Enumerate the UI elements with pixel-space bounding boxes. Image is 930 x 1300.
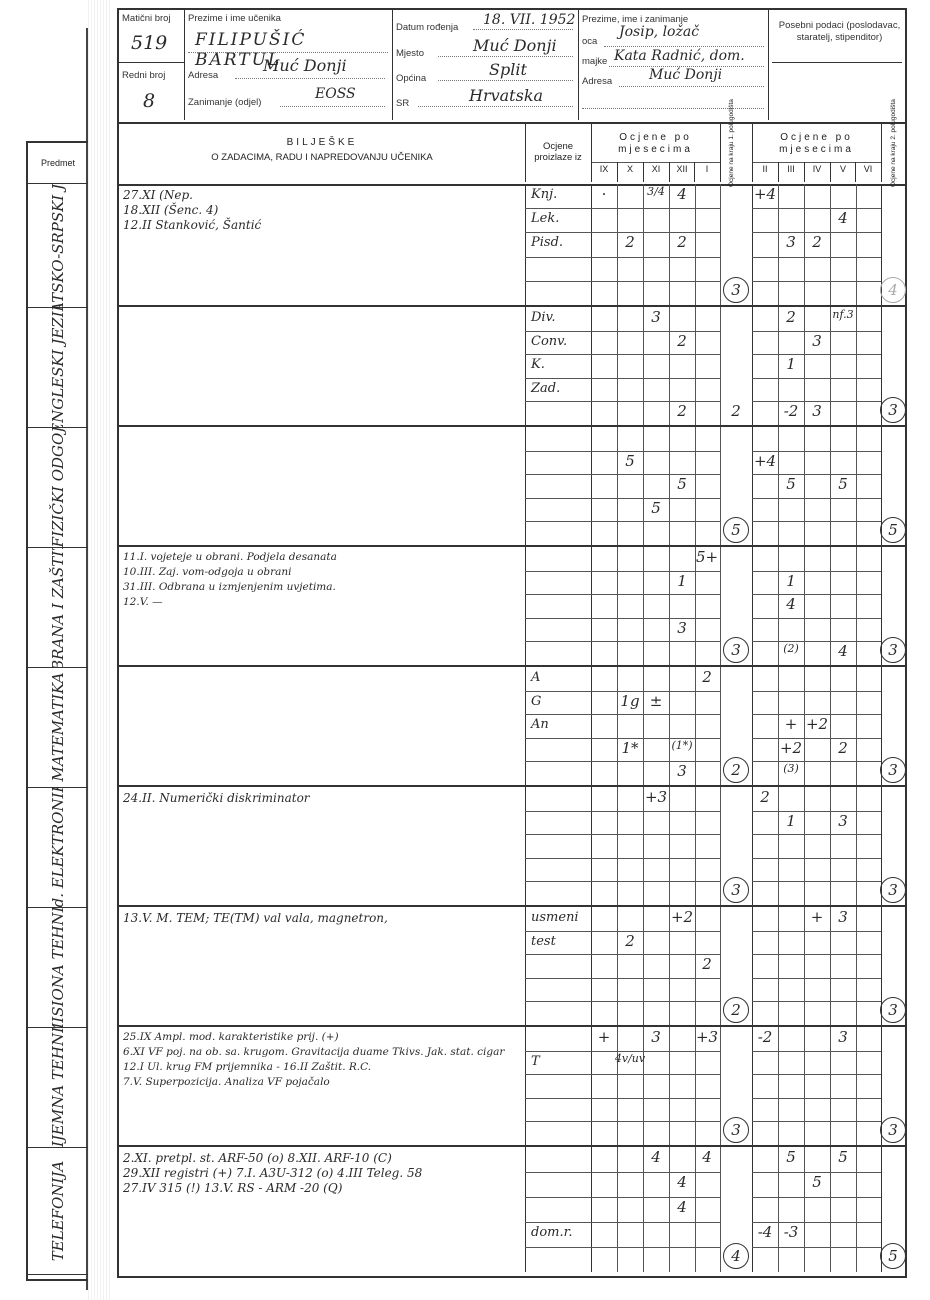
- col-line: [804, 787, 805, 905]
- col-line: [830, 787, 831, 905]
- final-grade-1: 2: [723, 997, 749, 1023]
- grid-line: [525, 978, 591, 979]
- grid-line: [525, 1222, 591, 1223]
- oca-label: oca: [582, 36, 597, 47]
- adresa-label: Adresa: [188, 70, 218, 81]
- grid-line: [591, 834, 720, 835]
- source-label: test: [531, 934, 556, 949]
- month-header-I: I: [694, 164, 720, 174]
- adresa2-label: Adresa: [582, 76, 612, 87]
- grid-line: [525, 1074, 591, 1075]
- grid-line: [525, 571, 591, 572]
- final-grade-2: 3: [880, 637, 906, 663]
- col-line: [720, 122, 721, 182]
- grid-line: [752, 1074, 881, 1075]
- grade-mark: 2: [688, 955, 726, 973]
- grid-line: [752, 858, 881, 859]
- grade-mark: 4: [824, 642, 862, 660]
- grid-line: [752, 954, 881, 955]
- grid-line: [752, 1121, 881, 1122]
- redni-broj-value: 8: [143, 90, 155, 112]
- grid-line: [591, 641, 720, 642]
- subject-name: PRIJEMNA TEHNIKA: [51, 1027, 65, 1148]
- notes-cell: [119, 427, 526, 545]
- special-info-box: Posebni podaci (poslodavac, staratelj, s…: [769, 10, 905, 120]
- month-header-XII: XII: [669, 164, 695, 174]
- dotted-line: [418, 106, 573, 107]
- biljeske-header: BILJEŠKE O ZADACIMA, RADU I NAPREDOVANJU…: [119, 122, 526, 182]
- note-line: 29.XII registri (+) 7.I. A3U-312 (o) 4.I…: [123, 1166, 422, 1180]
- final-grade-2: 4: [880, 277, 906, 303]
- col-line: [617, 667, 618, 785]
- col-line: [617, 1147, 618, 1272]
- col-line: [643, 427, 644, 545]
- mjesto-label: Mjesto: [396, 48, 424, 59]
- col-line: [752, 122, 753, 182]
- subject-0: HRVATSKO-SRPSKI JEZIK: [28, 184, 88, 308]
- datum-label: Datum rođenja: [396, 22, 458, 33]
- subject-row: AGAn21g±1*(1*)3++2+22(3)23: [119, 667, 905, 787]
- zanimanje-value: EOSS: [315, 86, 356, 102]
- grid-line: [525, 331, 591, 332]
- grade-mark: 3: [663, 762, 701, 780]
- biljeske-subtitle: O ZADACIMA, RADU I NAPREDOVANJU UČENIKA: [119, 152, 525, 163]
- grid-line: [525, 378, 591, 379]
- col-line: [778, 907, 779, 1025]
- grade-mark: +2: [663, 908, 701, 926]
- note-line: 27.IV 315 (!) 13.V. RS - ARM -20 (Q): [123, 1181, 342, 1195]
- grid-line: [525, 738, 591, 739]
- grid-line: [591, 1222, 720, 1223]
- grade-mark: 3: [824, 812, 862, 830]
- grid-line: [525, 232, 591, 233]
- month-header-V: V: [830, 164, 856, 174]
- notes-cell: 2.XI. pretpl. st. ARF-50 (o) 8.XII. ARF-…: [119, 1147, 526, 1272]
- final-grade-2: 3: [880, 757, 906, 783]
- grid-line: [591, 208, 720, 209]
- record-number-box: Matični broj 519 Redni broj 8: [119, 10, 185, 120]
- grid-line: [525, 834, 591, 835]
- note-line: 6.XI VF poj. na ob. sa. krugom. Gravitac…: [123, 1046, 504, 1058]
- grade-mark: -3: [772, 1223, 810, 1241]
- grid-line: [525, 208, 591, 209]
- dotted-line: [235, 78, 385, 79]
- grid-line: [752, 1098, 881, 1099]
- col-line: [643, 907, 644, 1025]
- grade-mark: 5: [637, 499, 675, 517]
- datum-value: 18. VII. 1952: [483, 12, 575, 28]
- grid-line: [591, 281, 720, 282]
- grades-table-header: BILJEŠKE O ZADACIMA, RADU I NAPREDOVANJU…: [119, 122, 905, 186]
- grid-line: [752, 1051, 881, 1052]
- subject-row: 2.XI. pretpl. st. ARF-50 (o) 8.XII. ARF-…: [119, 1147, 905, 1274]
- sources-cell: [525, 547, 592, 665]
- grade-mark: 2: [611, 233, 649, 251]
- grid-line: [525, 858, 591, 859]
- redni-broj-label: Redni broj: [122, 70, 165, 81]
- grid-line: [752, 1001, 881, 1002]
- final-grade-1: 3: [723, 1117, 749, 1143]
- notes-cell: 11.I. vojeteje u obrani. Podjela desanat…: [119, 547, 526, 665]
- grade-mark: 1: [772, 572, 810, 590]
- month-header-XI: XI: [643, 164, 669, 174]
- grade-mark: 2: [611, 932, 649, 950]
- sources-cell: usmenitest: [525, 907, 592, 1025]
- student-name-box: Prezime i ime učenika FILIPUŠIĆ BARTUL A…: [185, 10, 393, 120]
- final-grade-1: 2: [723, 757, 749, 783]
- final-grade-2: 5: [880, 1243, 906, 1269]
- note-line: 12.II Stanković, Šantić: [123, 218, 261, 232]
- source-label: dom.r.: [531, 1225, 573, 1240]
- subject-name: TELEFONIJA: [51, 1160, 65, 1260]
- grade-mark: 4: [772, 595, 810, 613]
- final-grade-1: 3: [723, 277, 749, 303]
- grid-line: [591, 378, 720, 379]
- month-row-divider: [752, 162, 881, 163]
- grade-mark: 3: [824, 1028, 862, 1046]
- col-line: [643, 667, 644, 785]
- grade-mark: 3: [637, 308, 675, 326]
- grade-mark: 5: [772, 1148, 810, 1166]
- source-label: Conv.: [531, 334, 567, 349]
- grid-line: [525, 1172, 591, 1173]
- col-line: [856, 667, 857, 785]
- grid-line: [591, 594, 720, 595]
- dotted-line: [473, 29, 573, 30]
- grade-mark: +3: [688, 1028, 726, 1046]
- month-row-divider: [591, 162, 720, 163]
- grade-mark: 3: [824, 908, 862, 926]
- mjesto-value: Muć Donji: [473, 36, 557, 55]
- kraj2-header: Ocjene na kraju 2. polugodišta: [890, 117, 898, 187]
- grade-mark: 1: [772, 812, 810, 830]
- note-line: 31.III. Odbrana u izmjenjenim uvjetima.: [123, 581, 336, 593]
- grade-mark: nf.3: [824, 308, 862, 321]
- note-line: 27.XI (Nep.: [123, 188, 193, 202]
- grid-line: [591, 978, 720, 979]
- note-line: 12.V. —: [123, 596, 163, 608]
- student-header: Matični broj 519 Redni broj 8 Prezime i …: [119, 10, 905, 124]
- grid-line: [752, 1247, 881, 1248]
- source-label: A: [531, 670, 540, 685]
- dotted-line: [188, 52, 388, 53]
- note-line: 7.V. Superpozicija. Analiza VF pojačalo: [123, 1076, 330, 1088]
- grid-line: [525, 257, 591, 258]
- grade-mark: 2: [824, 739, 862, 757]
- final-grade-2: 3: [880, 1117, 906, 1143]
- grade-mark: +3: [637, 788, 675, 806]
- source-label: Pisd.: [531, 235, 563, 250]
- grid-line: [525, 1197, 591, 1198]
- col-line: [855, 162, 856, 182]
- grid-line: [591, 1001, 720, 1002]
- grid-line: [752, 978, 881, 979]
- grid-line: [591, 1121, 720, 1122]
- final-grade-2: 5: [880, 517, 906, 543]
- final-grade-1: 3: [723, 877, 749, 903]
- grade-mark: 2: [772, 308, 810, 326]
- grade-mark: 3: [798, 332, 836, 350]
- source-label: Zad.: [531, 381, 560, 396]
- biljeske-title: BILJEŠKE: [119, 137, 525, 148]
- col-line: [752, 907, 753, 1025]
- col-line: [643, 547, 644, 665]
- student-record-form: Matični broj 519 Redni broj 8 Prezime i …: [117, 8, 907, 1278]
- grid-line: [752, 281, 881, 282]
- col-line: [830, 162, 831, 182]
- note-line: 10.III. Zaj. vom-odgoja u obrani: [123, 566, 292, 578]
- grade-mark: 1: [772, 355, 810, 373]
- grid-line: [591, 714, 720, 715]
- subject-name: Ind. ELEKTRONIKA: [51, 787, 65, 908]
- col-line: [694, 162, 695, 182]
- subject-5: Ind. ELEKTRONIKA: [28, 787, 88, 908]
- notes-cell: [119, 307, 526, 425]
- source-label: An: [531, 717, 549, 732]
- maticni-broj-label: Matični broj: [122, 13, 171, 24]
- subject-name: FIZIČKI ODGOJ: [51, 427, 65, 547]
- grade-mark: 3: [663, 619, 701, 637]
- dotted-line: [438, 80, 573, 81]
- grid-line: [525, 761, 591, 762]
- grid-line: [591, 881, 720, 882]
- source-label: usmeni: [531, 910, 579, 925]
- grade-mark: 4: [663, 185, 701, 203]
- subject-1: ENGLESKI JEZIK: [28, 307, 88, 428]
- col-line: [720, 184, 721, 305]
- birth-box: Datum rođenja 18. VII. 1952 Mjesto Muć D…: [393, 10, 579, 120]
- opcina-label: Općina: [396, 73, 426, 84]
- source-label: T: [531, 1054, 540, 1069]
- grid-line: [752, 834, 881, 835]
- divider: [772, 62, 902, 63]
- subject-row: 27.XI (Nep.18.XII (Šenc. 4)12.II Stankov…: [119, 184, 905, 307]
- grade-mark: +4: [746, 452, 784, 470]
- dotted-line: [438, 56, 573, 57]
- col-line: [617, 162, 618, 182]
- grade-mark: 2: [688, 668, 726, 686]
- notes-cell: [119, 667, 526, 785]
- grid-line: [525, 811, 591, 812]
- grade-mark: 5: [824, 1148, 862, 1166]
- final-grade-2: 3: [880, 997, 906, 1023]
- grade-mark: (2): [772, 642, 810, 655]
- note-line: 11.I. vojeteje u obrani. Podjela desanat…: [123, 551, 337, 563]
- note-line: 24.II. Numerički diskriminator: [123, 791, 310, 805]
- grid-line: [525, 1051, 591, 1052]
- col-line: [804, 162, 805, 182]
- subject-8: TELEFONIJA: [28, 1147, 88, 1275]
- predmet-header: Predmet: [28, 143, 88, 184]
- notes-cell: 24.II. Numerički diskriminator: [119, 787, 526, 905]
- grid-line: [752, 521, 881, 522]
- opcina-value: Split: [489, 60, 527, 79]
- sr-value: Hrvatska: [469, 86, 543, 105]
- subject-column: Predmet HRVATSKO-SRPSKI JEZIKENGLESKI JE…: [26, 141, 88, 1281]
- col-line: [752, 1147, 753, 1272]
- col-line: [856, 184, 857, 305]
- subject-name: OBRANA I ZAŠTITA: [51, 547, 65, 668]
- oca-value: Josip, ložač: [619, 24, 699, 40]
- grade-mark: 4: [637, 1148, 675, 1166]
- divider: [119, 62, 185, 63]
- ocjene-iz-header: Ocjene proizlaze iz: [525, 122, 592, 182]
- sources-cell: [525, 787, 592, 905]
- po-mjesecima-1-header: Ocjene po mjesecima: [591, 122, 720, 162]
- col-line: [617, 427, 618, 545]
- grade-mark: +4: [746, 185, 784, 203]
- subject-6: EMISIONA TEHNIKA: [28, 907, 88, 1028]
- col-line: [720, 787, 721, 905]
- dotted-line: [619, 86, 764, 87]
- final-grade-1: 3: [723, 637, 749, 663]
- grid-line: [525, 354, 591, 355]
- grade-mark: 5: [611, 452, 649, 470]
- source-label: Div.: [531, 310, 556, 325]
- posebni-label: Posebni podaci (poslodavac, staratelj, s…: [777, 20, 902, 44]
- zanimanje-label: Zanimanje (odjel): [188, 97, 261, 108]
- grid-line: [525, 881, 591, 882]
- grid-line: [525, 641, 591, 642]
- final-grade-1: 5: [723, 517, 749, 543]
- grid-line: [525, 474, 591, 475]
- grid-line: [525, 714, 591, 715]
- grid-line: [591, 1074, 720, 1075]
- notes-cell: 25.IX Ampl. mod. karakteristike prij. (+…: [119, 1027, 526, 1145]
- grade-mark: 2: [663, 332, 701, 350]
- source-label: G: [531, 694, 541, 709]
- subject-name: MATEMATIKA: [51, 672, 65, 781]
- subject-row: 11.I. vojeteje u obrani. Podjela desanat…: [119, 547, 905, 667]
- note-line: 25.IX Ampl. mod. karakteristike prij. (+…: [123, 1031, 339, 1043]
- grid-line: [525, 1247, 591, 1248]
- subject-name: HRVATSKO-SRPSKI JEZIK: [51, 184, 65, 308]
- final-grade-2: 3: [880, 397, 906, 423]
- po-mjesecima-2-header: Ocjene po mjesecima: [752, 122, 881, 162]
- sources-cell: Div.Conv.K.Zad.: [525, 307, 592, 425]
- grade-mark: 5: [663, 475, 701, 493]
- grid-line: [525, 401, 591, 402]
- grade-mark: +2: [772, 739, 810, 757]
- grade-mark: 5+: [688, 548, 726, 566]
- month-header-III: III: [778, 164, 804, 174]
- grid-line: [752, 691, 881, 692]
- grid-line: [752, 881, 881, 882]
- grid-line: [525, 931, 591, 932]
- month-header-IX: IX: [591, 164, 617, 174]
- subject-4: MATEMATIKA: [28, 667, 88, 788]
- note-line: 13.V. M. TEM; TE(TM) val vala, magnetron…: [123, 911, 388, 925]
- col-line: [856, 307, 857, 425]
- note-line: 18.XII (Šenc. 4): [123, 203, 218, 217]
- subject-2: FIZIČKI ODGOJ: [28, 427, 88, 548]
- grid-line: [752, 931, 881, 932]
- col-line: [669, 162, 670, 182]
- final-grade-1: 2: [717, 402, 755, 420]
- majke-label: majke: [582, 56, 607, 67]
- dotted-line: [280, 106, 385, 107]
- col-line: [591, 162, 592, 182]
- sources-cell: AGAn: [525, 667, 592, 785]
- grade-mark: ±: [637, 692, 675, 710]
- month-header-IV: IV: [804, 164, 830, 174]
- grid-line: [525, 618, 591, 619]
- grid-line: [525, 451, 591, 452]
- grid-line: [525, 281, 591, 282]
- source-label: Lek.: [531, 211, 559, 226]
- month-header-VI: VI: [855, 164, 881, 174]
- grid-line: [591, 521, 720, 522]
- adresa-value: Muć Donji: [263, 56, 347, 75]
- col-line: [752, 427, 753, 545]
- grade-mark: +2: [798, 715, 836, 733]
- col-line: [617, 787, 618, 905]
- subject-name: EMISIONA TEHNIKA: [51, 907, 65, 1028]
- note-line: 2.XI. pretpl. st. ARF-50 (o) 8.XII. ARF-…: [123, 1151, 392, 1165]
- grid-line: [752, 257, 881, 258]
- sources-cell: T: [525, 1027, 592, 1145]
- grade-mark: 3: [798, 402, 836, 420]
- grade-mark: 4v/uv: [611, 1052, 649, 1065]
- binding-strip: [88, 0, 110, 1300]
- grade-mark: 3: [637, 1028, 675, 1046]
- grade-mark: 4: [688, 1148, 726, 1166]
- grade-mark: 5: [772, 475, 810, 493]
- col-line: [778, 162, 779, 182]
- sources-cell: [525, 427, 592, 545]
- grid-line: [525, 1121, 591, 1122]
- col-line: [617, 907, 618, 1025]
- grid-line: [525, 1001, 591, 1002]
- subject-3: OBRANA I ZAŠTITA: [28, 547, 88, 668]
- sources-cell: dom.r.: [525, 1147, 592, 1272]
- month-header-II: II: [752, 164, 778, 174]
- grade-mark: 2: [663, 233, 701, 251]
- note-line: 12.I Ul. krug FM prijemnika - 16.II Zašt…: [123, 1061, 371, 1073]
- subject-row: 25.IX Ampl. mod. karakteristike prij. (+…: [119, 1027, 905, 1147]
- notes-cell: 27.XI (Nep.18.XII (Šenc. 4)12.II Stankov…: [119, 184, 526, 305]
- final-grade-1: 4: [723, 1243, 749, 1269]
- grid-line: [525, 954, 591, 955]
- notes-cell: 13.V. M. TEM; TE(TM) val vala, magnetron…: [119, 907, 526, 1025]
- grade-mark: -2: [746, 1028, 784, 1046]
- col-line: [643, 162, 644, 182]
- grid-line: [752, 618, 881, 619]
- source-label: K.: [531, 357, 545, 372]
- grade-mark: 4: [824, 209, 862, 227]
- subject-row: 555+45555: [119, 427, 905, 547]
- grade-mark: 2: [746, 788, 784, 806]
- sources-cell: Knj.Lek.Pisd.: [525, 184, 592, 305]
- grade-mark: 4: [663, 1173, 701, 1191]
- grade-mark: (3): [772, 762, 810, 775]
- grid-line: [525, 498, 591, 499]
- grade-mark: 2: [663, 402, 701, 420]
- subject-row: 24.II. Numerički diskriminator+321333: [119, 787, 905, 907]
- col-line: [669, 547, 670, 665]
- grid-line: [525, 691, 591, 692]
- grade-mark: ·: [585, 185, 623, 203]
- ime-label: Prezime i ime učenika: [188, 13, 281, 24]
- grade-mark: 1*: [611, 739, 649, 757]
- grid-line: [591, 858, 720, 859]
- col-line: [856, 787, 857, 905]
- grid-line: [591, 354, 720, 355]
- sr-label: SR: [396, 98, 409, 109]
- dotted-line: [582, 108, 764, 109]
- maticni-broj-value: 519: [131, 32, 167, 54]
- grade-mark: (1*): [663, 739, 701, 752]
